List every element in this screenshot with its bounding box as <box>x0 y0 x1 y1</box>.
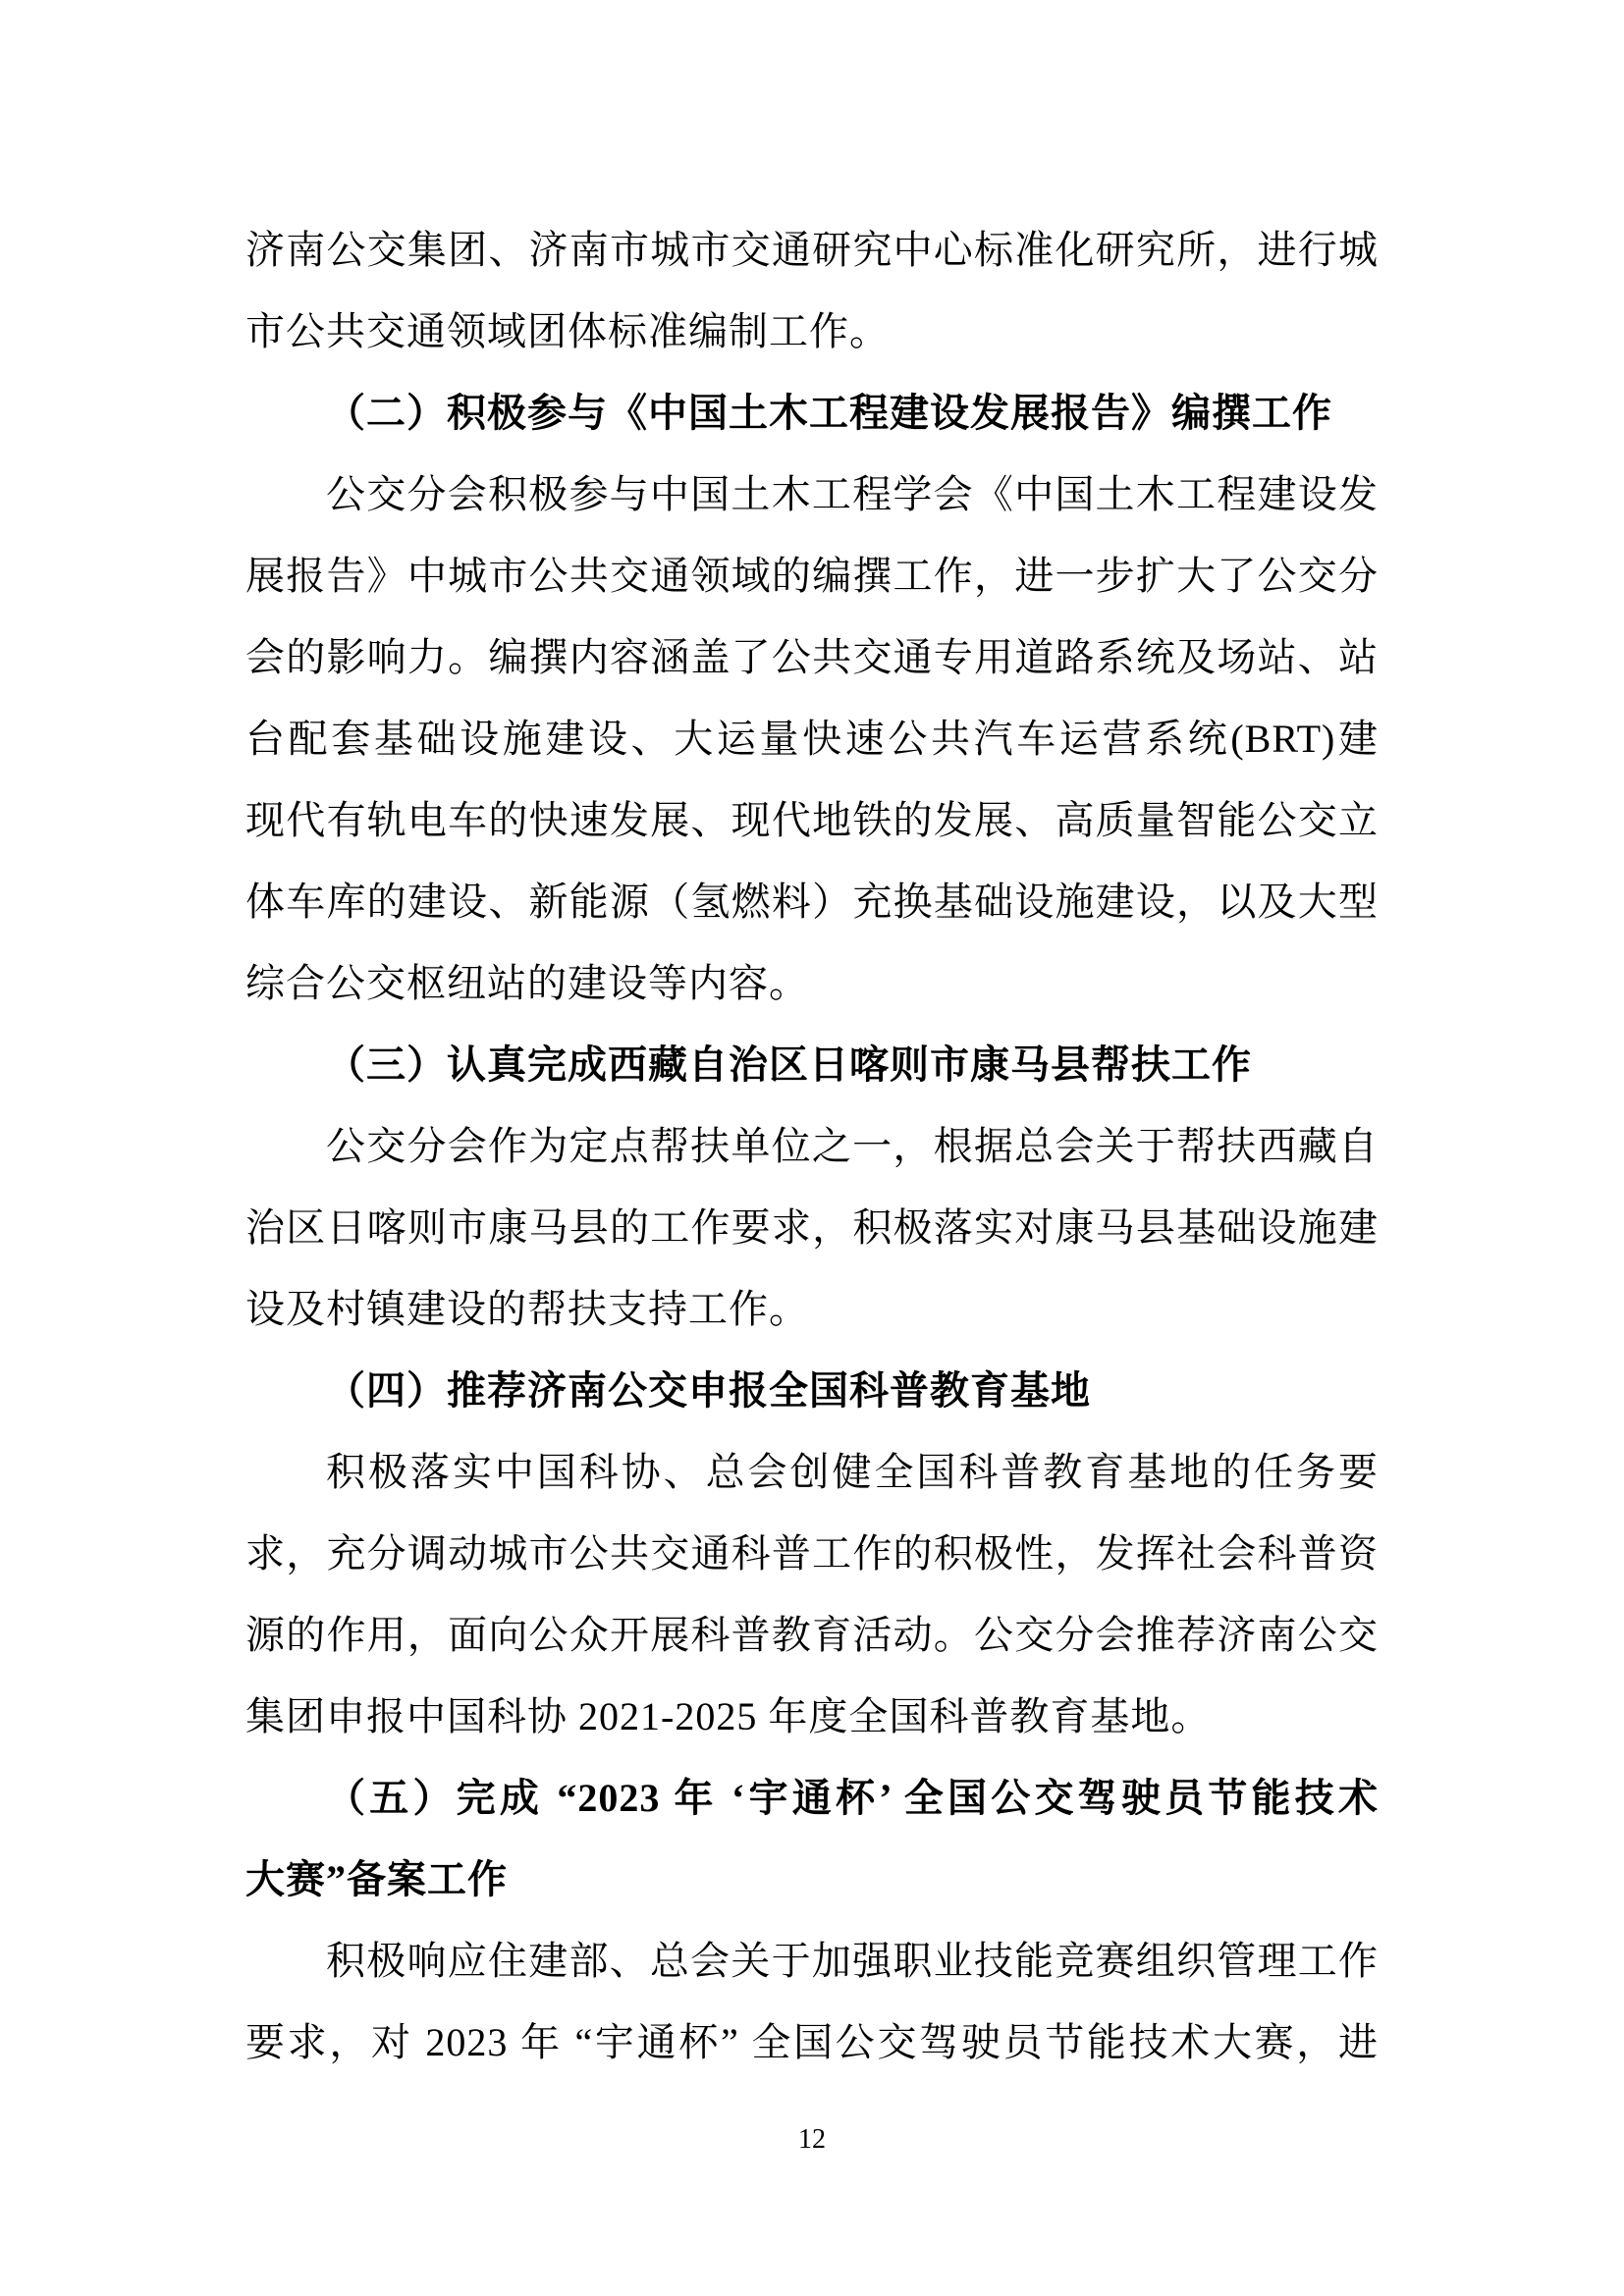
body-line: 体车库的建设、新能源（氢燃料）充换基础设施建设，以及大型 <box>245 861 1379 942</box>
body-line: 现代有轨电车的快速发展、现代地铁的发展、高质量智能公交立 <box>245 779 1379 861</box>
heading-line: （五）完成 “2023 年 ‘宇通杯’ 全国公交驾驶员节能技术 <box>245 1757 1379 1839</box>
heading-line: （二）积极参与《中国土木工程建设发展报告》编撰工作 <box>245 372 1379 454</box>
body-line: 积极落实中国科协、总会创健全国科普教育基地的任务要 <box>245 1431 1379 1513</box>
body-line: 济南公交集团、济南市城市交通研究中心标准化研究所，进行城 <box>245 209 1379 291</box>
body-line: 集团申报中国科协 2021-2025 年度全国科普教育基地。 <box>245 1676 1379 1757</box>
body-line: 源的作用，面向公众开展科普教育活动。公交分会推荐济南公交 <box>245 1594 1379 1676</box>
body-line: 台配套基础设施建设、大运量快速公共汽车运营系统(BRT)建设、 <box>245 698 1379 779</box>
body-line: 积极响应住建部、总会关于加强职业技能竞赛组织管理工作 <box>245 1920 1379 2002</box>
body-line: 市公共交通领域团体标准编制工作。 <box>245 291 1379 372</box>
document-body: 济南公交集团、济南市城市交通研究中心标准化研究所，进行城市公共交通领域团体标准编… <box>245 209 1379 2083</box>
body-line: 要求，对 2023 年 “宇通杯” 全国公交驾驶员节能技术大赛，进 <box>245 2002 1379 2083</box>
heading-line: 大赛”备案工作 <box>245 1839 1379 1920</box>
body-line: 公交分会积极参与中国土木工程学会《中国土木工程建设发 <box>245 454 1379 535</box>
page-number: 12 <box>0 2122 1624 2158</box>
body-line: 展报告》中城市公共交通领域的编撰工作，进一步扩大了公交分 <box>245 535 1379 616</box>
body-line: 设及村镇建设的帮扶支持工作。 <box>245 1268 1379 1350</box>
body-line: 求，充分调动城市公共交通科普工作的积极性，发挥社会科普资 <box>245 1513 1379 1594</box>
heading-line: （三）认真完成西藏自治区日喀则市康马县帮扶工作 <box>245 1024 1379 1105</box>
body-line: 会的影响力。编撰内容涵盖了公共交通专用道路系统及场站、站 <box>245 616 1379 698</box>
heading-line: （四）推荐济南公交申报全国科普教育基地 <box>245 1350 1379 1431</box>
body-line: 治区日喀则市康马县的工作要求，积极落实对康马县基础设施建 <box>245 1187 1379 1268</box>
body-line: 综合公交枢纽站的建设等内容。 <box>245 942 1379 1024</box>
document-page: 济南公交集团、济南市城市交通研究中心标准化研究所，进行城市公共交通领域团体标准编… <box>0 0 1624 2296</box>
body-line: 公交分会作为定点帮扶单位之一，根据总会关于帮扶西藏自 <box>245 1105 1379 1187</box>
